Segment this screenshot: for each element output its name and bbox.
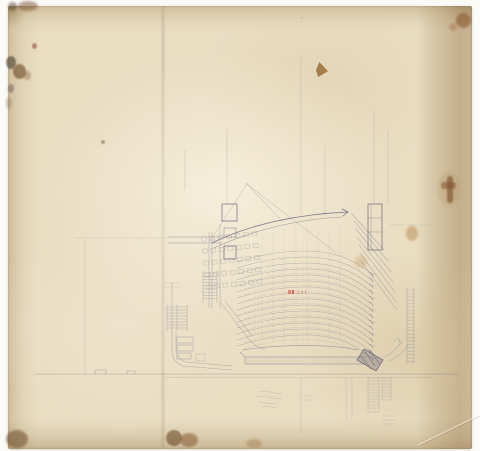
stain-left-3	[23, 71, 31, 80]
stain-top-right-2	[449, 23, 457, 31]
stain-left-4	[8, 84, 14, 93]
stain-left-dot	[32, 43, 37, 49]
stain-dot-upper-left	[101, 140, 105, 144]
stain-right-t-horizontal	[441, 182, 456, 189]
stain-top-right-1	[456, 13, 471, 28]
stain-right-t-vertical	[447, 176, 453, 203]
red-stamp-light: 141	[297, 290, 308, 295]
stain-bottom-4	[246, 439, 262, 448]
stain-bottom-3	[180, 433, 198, 447]
stain-left-5	[6, 97, 12, 109]
red-stamp: 88141	[288, 285, 308, 293]
scanned-drawing-sheet: 88141	[0, 0, 480, 451]
stain-top-left-edge	[8, 2, 17, 11]
stain-bottom-1	[6, 430, 28, 448]
paper-sheet	[8, 6, 472, 449]
stain-top-left-corner	[18, 1, 38, 11]
stain-blotch-center	[355, 256, 367, 268]
red-stamp-bold: 88	[288, 290, 295, 296]
stain-blotch-right	[406, 226, 418, 241]
